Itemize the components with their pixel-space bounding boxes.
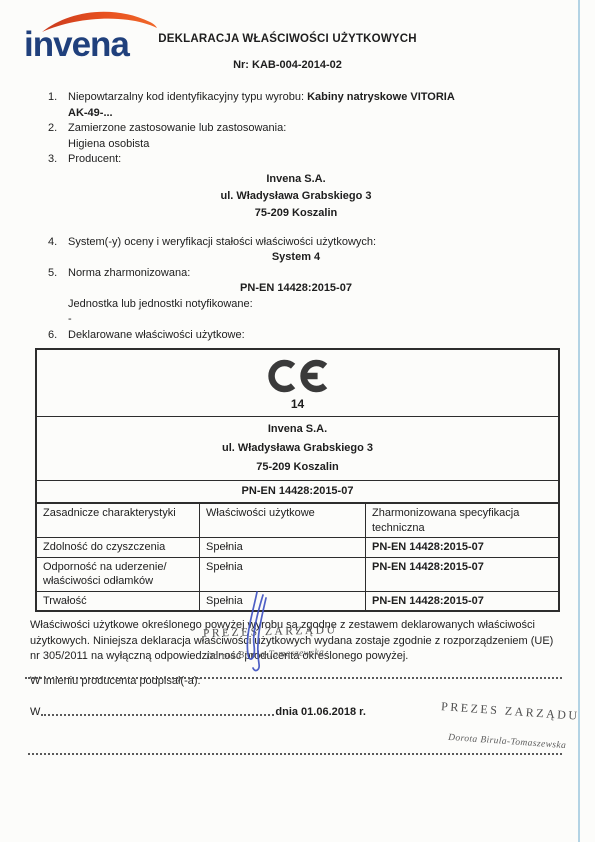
list-item-3: 3. Producent: <box>30 152 562 168</box>
notified-body-value: - <box>68 312 562 328</box>
header-characteristics: Zasadnicze charakterystyki <box>37 504 199 537</box>
performance-table-header: Zasadnicze charakterystyki Właściwości u… <box>37 503 558 538</box>
product-code-value: Kabiny natryskowe VITORIA <box>307 91 455 103</box>
place-fill-in-line <box>41 702 274 716</box>
ce-mark-icon <box>266 357 330 395</box>
list-item-2: 2. Zamierzone zastosowanie lub zastosowa… <box>30 121 562 152</box>
signature-icon <box>233 590 285 676</box>
list-item-1-number: 1. <box>48 90 68 121</box>
row-spec: PN-EN 14428:2015-07 <box>365 558 558 591</box>
header-specification: Zharmonizowana specyfikacja techniczna <box>365 504 558 537</box>
avcp-system-value: System 4 <box>30 250 562 266</box>
dotted-separator <box>25 677 562 679</box>
ce-standard-cell: PN-EN 14428:2015-07 <box>37 481 558 504</box>
list-item-1-text: Niepowtarzalny kod identyfikacyjny typu … <box>68 90 562 121</box>
list-item-3-number: 3. <box>48 152 68 168</box>
place-prefix: W <box>30 706 40 718</box>
list-item-5: 5. Norma zharmonizowana: <box>30 266 562 282</box>
dotted-separator <box>28 753 562 755</box>
declared-performance-label: Deklarowane właściwości użytkowe: <box>68 328 562 344</box>
notified-body-label: Jednostka lub jednostki notyfikowane: <box>68 298 253 310</box>
list-item-4: 4. System(-y) oceny i weryfikacji stałoś… <box>30 235 562 251</box>
document-body: 1. Niepowtarzalny kod identyfikacyjny ty… <box>30 90 562 689</box>
list-item-2-number: 2. <box>48 121 68 152</box>
producer-street: ul. Władysława Grabskiego 3 <box>30 188 562 205</box>
notified-body-row: Jednostka lub jednostki notyfikowane:- <box>30 297 562 328</box>
intended-use-value: Higiena osobista <box>68 137 562 153</box>
ce-address-city: 75-209 Koszalin <box>37 458 558 477</box>
doc-number: Nr: KAB-004-2014-02 <box>40 59 535 71</box>
list-item-1: 1. Niepowtarzalny kod identyfikacyjny ty… <box>30 90 562 121</box>
list-item-6: 6. Deklarowane właściwości użytkowe: <box>30 328 562 344</box>
row-characteristic: Zdolność do czyszczenia <box>37 538 199 557</box>
row-spec: PN-EN 14428:2015-07 <box>365 592 558 611</box>
row-characteristic: Trwałość <box>37 592 199 611</box>
producer-name: Invena S.A. <box>30 171 562 188</box>
harmonised-standard-value: PN-EN 14428:2015-07 <box>30 281 562 297</box>
ce-address-street: ul. Władysława Grabskiego 3 <box>37 439 558 458</box>
ce-table: 14 Invena S.A. ul. Władysława Grabskiego… <box>35 348 560 612</box>
table-row: Zdolność do czyszczenia Spełnia PN-EN 14… <box>37 538 558 558</box>
stamp-title: PREZES ZARZĄDU <box>441 699 580 724</box>
ce-address-name: Invena S.A. <box>37 420 558 439</box>
table-row: Trwałość Spełnia PN-EN 14428:2015-07 <box>37 592 558 611</box>
row-spec: PN-EN 14428:2015-07 <box>365 538 558 557</box>
ce-address-cell: Invena S.A. ul. Władysława Grabskiego 3 … <box>37 417 558 481</box>
stamp-name: Dorota Birula-Tomaszewska <box>448 733 567 751</box>
row-performance: Spełnia <box>199 558 365 591</box>
performance-table: Zasadnicze charakterystyki Właściwości u… <box>37 503 558 610</box>
date-text: dnia 01.06.2018 r. <box>275 706 366 718</box>
signed-by-label: W imieniu producenta podpisał(-a): <box>30 674 562 690</box>
table-row: Odporność na uderzenie/ właściwości odła… <box>37 558 558 592</box>
list-item-6-number: 6. <box>48 328 68 344</box>
producer-city: 75-209 Koszalin <box>30 205 562 222</box>
title-block: DEKLARACJA WŁAŚCIWOŚCI UŻYTKOWYCH Nr: KA… <box>40 33 535 71</box>
row-performance: Spełnia <box>199 538 365 557</box>
harmonised-standard-label: Norma zharmonizowana: <box>68 266 562 282</box>
ce-year: 14 <box>37 397 558 413</box>
intended-use-label: Zamierzone zastosowanie lub zastosowania… <box>68 122 286 134</box>
notified-body-text: Jednostka lub jednostki notyfikowane:- <box>68 297 562 328</box>
list-item-5-number: 5. <box>48 266 68 282</box>
ce-mark-cell: 14 <box>37 350 558 417</box>
header-performance: Właściwości użytkowe <box>199 504 365 537</box>
list-item-4-number: 4. <box>48 235 68 251</box>
place-date-line: W dnia 01.06.2018 r. <box>30 702 366 718</box>
producer-address: Invena S.A. ul. Władysława Grabskiego 3 … <box>30 171 562 222</box>
producer-label: Producent: <box>68 152 562 168</box>
row-characteristic: Odporność na uderzenie/ właściwości odła… <box>37 558 199 591</box>
product-code-label: Niepowtarzalny kod identyfikacyjny typu … <box>68 91 307 103</box>
document-page: invena DEKLARACJA WŁAŚCIWOŚCI UŻYTKOWYCH… <box>0 0 595 842</box>
notified-body-spacer <box>48 297 68 328</box>
list-item-2-text: Zamierzone zastosowanie lub zastosowania… <box>68 121 562 152</box>
doc-title: DEKLARACJA WŁAŚCIWOŚCI UŻYTKOWYCH <box>40 33 535 45</box>
product-code-value-2: AK-49-... <box>68 106 562 122</box>
avcp-system-label: System(-y) oceny i weryfikacji stałości … <box>68 235 562 251</box>
